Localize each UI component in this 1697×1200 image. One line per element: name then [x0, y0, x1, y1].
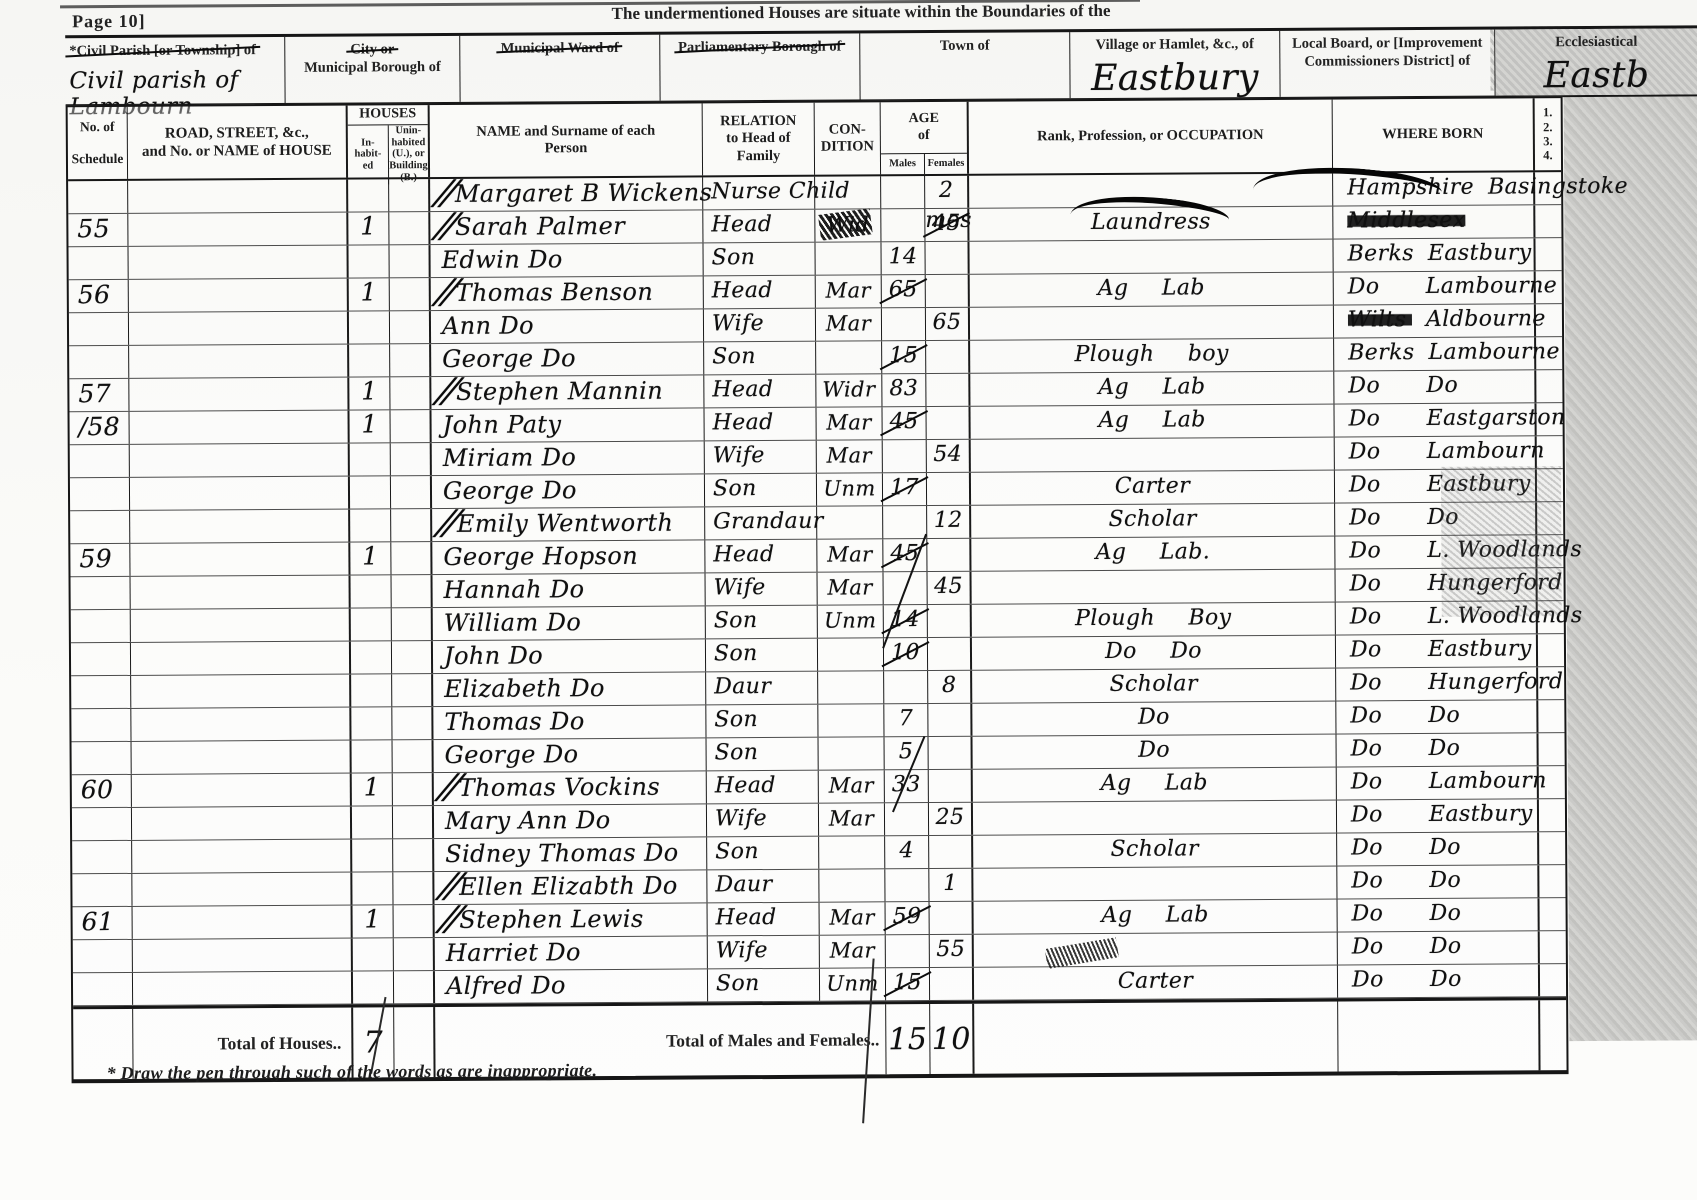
- road-street-cell: [131, 642, 351, 675]
- side-column-cell: [1535, 205, 1561, 237]
- born-county: Middlesex: [1347, 206, 1465, 237]
- road-street-cell: [130, 477, 350, 510]
- person-name: George Do: [442, 344, 576, 373]
- person-name-cell: //Thomas Vockins: [434, 771, 707, 805]
- relation-cell: Son: [708, 969, 820, 1002]
- condition-cell: Mar: [817, 572, 883, 604]
- age-males-cell: [883, 572, 927, 604]
- uninhabited-cell: [389, 212, 430, 244]
- boundary-label: City or Municipal Borough of: [285, 40, 459, 77]
- occupation-cell: Ag Lab: [970, 372, 1334, 406]
- born-county: Do: [1349, 569, 1413, 599]
- side-column-cell: [1540, 964, 1566, 996]
- relation-cell: Head: [703, 210, 815, 243]
- uninhabited-cell: [391, 509, 432, 541]
- age-females-cell: 45: [925, 209, 969, 241]
- age-males-cell: 65: [882, 275, 926, 307]
- header-males: Males: [881, 154, 924, 174]
- schedule-number-cell: [68, 181, 128, 213]
- header-schedule: No. of Schedule: [68, 107, 128, 179]
- schedule-number-cell: 55: [68, 214, 128, 246]
- occupation-cell: [973, 867, 1337, 901]
- road-street-cell: [131, 576, 351, 609]
- scan-shading-patch: [1441, 466, 1562, 617]
- person-name: Sidney Thomas Do: [445, 839, 679, 868]
- age-males-cell: [883, 506, 927, 538]
- table-header: No. of Schedule ROAD, STREET, &c., and N…: [68, 98, 1561, 181]
- header-relation: RELATION to Head of Family: [703, 103, 815, 176]
- header-occupation: Rank, Profession, or OCCUPATION: [969, 100, 1333, 174]
- side-column-cell: [1536, 271, 1562, 303]
- occupation-cell: Ag Lab: [973, 768, 1337, 802]
- person-name: William Do: [444, 608, 582, 637]
- side-column-cell: [1539, 832, 1565, 864]
- boundary-label-line: Parliamentary Borough of: [678, 38, 841, 57]
- inhabited-cell: 1: [349, 377, 390, 409]
- page-number-label: Page 10]: [72, 11, 146, 32]
- uninhabited-cell: [393, 773, 434, 805]
- born-county: Do: [1349, 503, 1413, 533]
- form-footnote: * Draw the pen through such of the words…: [106, 1060, 597, 1084]
- occupation-cell: Laundress: [969, 207, 1333, 241]
- person-name: John Paty: [443, 410, 562, 439]
- person-name-cell: Hannah Do: [433, 573, 706, 607]
- condition-cell: Mar: [819, 803, 885, 835]
- age-females-cell: [930, 968, 974, 1000]
- born-county: Do: [1351, 767, 1415, 797]
- where-born-cell: DoDo: [1336, 700, 1538, 733]
- side-column-cell: [1539, 865, 1565, 897]
- side-column-cell: [1538, 667, 1564, 699]
- occupation-cell: Scholar: [972, 669, 1336, 703]
- schedule-number-cell: [68, 247, 128, 279]
- age-females-cell: [930, 902, 974, 934]
- side-column-cell: [1538, 634, 1564, 666]
- schedule-number-cell: [70, 511, 130, 543]
- inhabited-cell: [350, 509, 391, 541]
- road-street-cell: [132, 873, 352, 906]
- occupation-cell: Carter: [971, 471, 1335, 505]
- header-houses-group: HOUSES In- habit- ed Unin- habited (U.),…: [348, 105, 430, 177]
- age-females-cell: [929, 770, 973, 802]
- side-column-cell: [1535, 172, 1561, 204]
- relation-cell: Daur: [706, 672, 818, 705]
- inhabited-cell: 1: [352, 773, 393, 805]
- age-males-cell: 15: [882, 341, 926, 373]
- condition-cell: Mar: [817, 539, 883, 571]
- scan-shading-right-strip: [1564, 88, 1697, 1041]
- person-name: Stephen Mannin: [456, 377, 663, 406]
- relation-cell: Wife: [707, 804, 819, 837]
- road-street-cell: [132, 840, 352, 873]
- condition-cell: Mar: [816, 308, 882, 340]
- relation-cell: Daur: [707, 870, 819, 903]
- side-column-cell: [1536, 403, 1562, 435]
- person-name: Thomas Vockins: [458, 773, 660, 802]
- person-name-cell: //Emily Wentworth: [432, 507, 705, 541]
- side-column-cell: [1537, 436, 1563, 468]
- condition-cell: Unm: [817, 473, 883, 505]
- age-females-cell: [927, 473, 971, 505]
- schedule-number-cell: [70, 478, 130, 510]
- person-name: Elizabeth Do: [444, 674, 605, 703]
- scan-tilt-wrapper: Page 10] The undermentioned Houses are s…: [0, 0, 1697, 1200]
- born-place: Do: [1429, 835, 1461, 860]
- uninhabited-cell: [392, 575, 433, 607]
- age-females-cell: [925, 242, 969, 274]
- totals-males-value: 15: [886, 1004, 930, 1074]
- age-males-cell: 59: [886, 902, 930, 934]
- boundary-cell: Ecclesiastical Eastb: [1495, 28, 1697, 95]
- schedule-number-cell: [69, 346, 129, 378]
- relation-cell: Head: [704, 408, 816, 441]
- born-county: Hampshire: [1347, 173, 1474, 204]
- occupation-cell: Ag Lab: [970, 405, 1334, 439]
- condition-cell: Unm: [818, 605, 884, 637]
- age-females-cell: [926, 374, 970, 406]
- uninhabited-cell: [391, 542, 432, 574]
- boundary-cell: Municipal Ward of: [460, 35, 660, 102]
- born-place: Eastbury: [1428, 636, 1532, 662]
- age-males-cell: [881, 176, 925, 208]
- person-name-cell: John Paty: [431, 408, 704, 442]
- born-county: Do: [1350, 602, 1414, 632]
- condition-cell: Mar: [817, 440, 883, 472]
- where-born-cell: DoDo: [1336, 733, 1538, 766]
- relation-cell: Wife: [708, 936, 820, 969]
- header-condition: CON- DITION: [815, 102, 881, 174]
- occupation-cell: Scholar: [973, 834, 1337, 868]
- born-county: Do: [1350, 734, 1414, 764]
- person-name: Alfred Do: [446, 971, 566, 1000]
- inhabited-cell: [352, 839, 393, 871]
- road-street-cell: [129, 312, 349, 345]
- boundary-label-line: Municipal Ward of: [501, 39, 619, 58]
- header-houses-subrow: In- habit- ed Unin- habited (U.), or Bui…: [348, 125, 428, 184]
- side-column-cell: [1536, 304, 1562, 336]
- age-females-cell: 45: [927, 572, 971, 604]
- person-name-cell: Harriet Do: [435, 936, 708, 970]
- age-females-cell: [928, 638, 972, 670]
- age-females-cell: 8: [928, 671, 972, 703]
- boundary-row: *Civil Parish [or Township] of Civil par…: [65, 25, 1697, 106]
- age-males-cell: 83: [882, 374, 926, 406]
- boundary-cell: Local Board, or [Improvement Commissione…: [1280, 30, 1495, 97]
- header-houses-title: HOUSES: [348, 105, 428, 125]
- inhabited-cell: [350, 443, 391, 475]
- born-county: Berks: [1347, 239, 1414, 269]
- inhabited-cell: [351, 641, 392, 673]
- relation-cell: Son: [707, 837, 819, 870]
- road-street-cell: [131, 708, 351, 741]
- condition-cell: [815, 176, 881, 208]
- person-name: George Hopson: [443, 542, 638, 571]
- relation-cell: Head: [708, 903, 820, 936]
- age-males-cell: [882, 308, 926, 340]
- header-age-subrow: Males Females: [881, 153, 967, 175]
- road-street-cell: [128, 213, 348, 246]
- born-place: Eastbury: [1429, 801, 1533, 827]
- relation-cell: Son: [705, 474, 817, 507]
- schedule-number-cell: [73, 973, 133, 1005]
- inhabited-cell: 1: [353, 905, 394, 937]
- born-county: Do: [1348, 272, 1412, 302]
- occupation-cell: [973, 801, 1337, 835]
- person-name: Ellen Elizabth Do: [459, 872, 678, 901]
- person-name-cell: George Do: [434, 738, 707, 772]
- header-where-born: WHERE BORN: [1333, 98, 1535, 171]
- uninhabited-cell: [394, 938, 435, 970]
- road-street-cell: [129, 345, 349, 378]
- where-born-cell: DoLambourn: [1337, 766, 1539, 799]
- condition-cell: [816, 341, 882, 373]
- uninhabited-cell: [392, 674, 433, 706]
- person-name-cell: George Do: [431, 342, 704, 376]
- born-place: Lambourn: [1427, 438, 1545, 464]
- condition-cell: Mar: [820, 902, 886, 934]
- person-name: Stephen Lewis: [459, 905, 643, 934]
- occupation-cell: Plough boy: [970, 339, 1334, 373]
- age-females-cell: 54: [927, 440, 971, 472]
- road-street-cell: [133, 972, 353, 1005]
- age-females-cell: [929, 836, 973, 868]
- person-name-cell: Elizabeth Do: [433, 672, 706, 706]
- relation-cell: Son: [706, 606, 818, 639]
- age-males-cell: 5: [885, 737, 929, 769]
- boundary-label: Ecclesiastical: [1495, 32, 1697, 51]
- road-street-cell: [128, 180, 348, 213]
- relation-cell: Head: [707, 771, 819, 804]
- side-column-cell: [1536, 370, 1562, 402]
- inhabited-cell: 1: [349, 278, 390, 310]
- inhabited-cell: [353, 938, 394, 970]
- age-males-cell: [881, 209, 925, 241]
- boundary-label-line: Ecclesiastical: [1555, 33, 1637, 52]
- condition-cell: [818, 704, 884, 736]
- schedule-number-cell: 57: [69, 379, 129, 411]
- totals-occupation-cell: [974, 1002, 1338, 1074]
- age-males-cell: 14: [884, 605, 928, 637]
- condition-cell: Wid: [815, 209, 881, 241]
- boundary-label: Town of: [860, 36, 1069, 55]
- inhabited-cell: [352, 872, 393, 904]
- where-born-cell: BerksEastbury: [1333, 238, 1535, 271]
- header-females: Females: [924, 154, 967, 174]
- born-county: Do: [1349, 536, 1413, 566]
- inhabited-cell: 1: [350, 542, 391, 574]
- born-county: Do: [1352, 899, 1416, 929]
- born-county: Do: [1351, 800, 1415, 830]
- where-born-cell: DoEastbury: [1337, 799, 1539, 832]
- road-street-cell: [130, 543, 350, 576]
- schedule-number-cell: 60: [72, 775, 132, 807]
- totals-born-cell: [1338, 1000, 1540, 1071]
- age-males-cell: 14: [881, 242, 925, 274]
- where-born-cell: DoDo: [1334, 370, 1536, 403]
- side-column-cell: [1535, 238, 1561, 270]
- where-born-cell: Middlesex: [1333, 205, 1535, 238]
- inhabited-cell: [350, 476, 391, 508]
- condition-cell: Mar: [819, 770, 885, 802]
- boundary-label-line: Town of: [940, 37, 990, 55]
- inhabited-cell: [348, 179, 389, 211]
- person-name: John Do: [444, 641, 543, 670]
- where-born-cell: WiltsAldbourne: [1334, 304, 1536, 337]
- schedule-number-cell: 61: [73, 907, 133, 939]
- inhabited-cell: 1: [349, 410, 390, 442]
- schedule-number-cell: [70, 445, 130, 477]
- occupation-cell: [971, 570, 1335, 604]
- uninhabited-cell: [389, 179, 430, 211]
- boundary-label-line: Local Board, or [Improvement: [1292, 34, 1482, 53]
- boundary-cell: Town of: [860, 32, 1070, 99]
- age-males-cell: [886, 935, 930, 967]
- occupation-cell: Do Do: [972, 636, 1336, 670]
- person-name: Thomas Benson: [455, 278, 653, 307]
- occupation-cell: [970, 306, 1334, 340]
- boundary-label: Municipal Ward of: [460, 39, 659, 58]
- boundary-label-line: *Civil Parish [or Township] of: [69, 41, 256, 60]
- boundary-label: *Civil Parish [or Township] of: [69, 41, 284, 60]
- where-born-cell: DoDo: [1338, 898, 1540, 931]
- totals-females-value: 10: [930, 1004, 974, 1074]
- age-males-cell: [884, 671, 928, 703]
- born-county: Wilts: [1348, 305, 1412, 335]
- relation-cell: Head: [704, 375, 816, 408]
- where-born-cell: BerksLambourne: [1334, 337, 1536, 370]
- occupation-cell: Ag Lab: [974, 900, 1338, 934]
- person-name: Emily Wentworth: [457, 509, 674, 538]
- boundary-handwritten-value: Eastb: [1495, 54, 1697, 96]
- born-place: Do: [1430, 901, 1462, 926]
- person-name-cell: //Ellen Elizabth Do: [434, 870, 707, 904]
- relation-cell: Head: [704, 276, 816, 309]
- person-name: George Do: [443, 476, 577, 505]
- where-born-cell: DoEastgarston: [1334, 403, 1536, 436]
- age-males-cell: [883, 440, 927, 472]
- where-born-cell: HampshireBasingstoke: [1333, 172, 1535, 205]
- uninhabited-cell: [393, 806, 434, 838]
- boundary-cell: City or Municipal Borough of: [285, 36, 460, 103]
- age-males-cell: [885, 869, 929, 901]
- relation-cell: Nurse Child: [703, 177, 815, 210]
- road-street-cell: [129, 279, 349, 312]
- boundary-label: Parliamentary Borough of: [660, 37, 859, 56]
- age-males-cell: 45: [883, 539, 927, 571]
- age-males-cell: 45: [882, 407, 926, 439]
- born-place: Do: [1430, 934, 1462, 959]
- occupation-cell: Do: [972, 702, 1336, 736]
- condition-cell: Mar: [816, 275, 882, 307]
- boundary-cell: Village or Hamlet, &c., of Eastbury: [1070, 31, 1280, 98]
- person-name: Miriam Do: [443, 443, 577, 472]
- born-county: Do: [1351, 866, 1415, 896]
- road-street-cell: [131, 675, 351, 708]
- header-name-surname: NAME and Surname of each Person: [430, 103, 703, 177]
- header-road-street: ROAD, STREET, &c., and No. or NAME of HO…: [128, 106, 348, 179]
- uninhabited-cell: [390, 344, 431, 376]
- born-place: Do: [1426, 373, 1458, 398]
- inhabited-cell: [351, 674, 392, 706]
- age-females-cell: [928, 704, 972, 736]
- condition-cell: Unm: [820, 968, 886, 1000]
- person-name-cell: George Do: [432, 474, 705, 508]
- header-age-group: AGE of Males Females: [881, 102, 969, 175]
- road-street-cell: [130, 510, 350, 543]
- uninhabited-cell: [391, 443, 432, 475]
- side-column-cell: [1538, 700, 1564, 732]
- uninhabited-cell: [394, 971, 435, 1003]
- schedule-number-cell: [73, 940, 133, 972]
- relation-cell: Wife: [705, 441, 817, 474]
- census-table: No. of Schedule ROAD, STREET, &c., and N…: [66, 96, 1569, 1083]
- occupation-cell: Ag Lab: [970, 273, 1334, 307]
- uninhabited-cell: [393, 872, 434, 904]
- schedule-number-cell: [72, 808, 132, 840]
- born-county: Berks: [1348, 338, 1415, 368]
- born-place: Do: [1429, 868, 1461, 893]
- person-name-cell: William Do: [433, 606, 706, 640]
- uninhabited-cell: [389, 245, 430, 277]
- side-column-cell: [1539, 898, 1565, 930]
- relation-cell: Son: [704, 342, 816, 375]
- occupation-cell: [969, 174, 1333, 208]
- road-street-cell: [132, 774, 352, 807]
- schedule-number-cell: [69, 313, 129, 345]
- person-name: Edwin Do: [441, 245, 562, 274]
- born-county: Do: [1352, 932, 1416, 962]
- age-males-cell: [885, 803, 929, 835]
- where-born-cell: DoHungerford: [1336, 667, 1538, 700]
- header-age-title: AGE of: [881, 102, 967, 154]
- person-name: Sarah Palmer: [455, 212, 625, 241]
- relation-cell: Son: [703, 243, 815, 276]
- condition-cell: [817, 506, 883, 538]
- occupation-cell: Scholar: [971, 504, 1335, 538]
- born-county: Do: [1352, 965, 1416, 995]
- age-females-cell: 55: [930, 935, 974, 967]
- age-males-cell: 33: [885, 770, 929, 802]
- uninhabited-cell: [391, 476, 432, 508]
- where-born-cell: DoDo: [1337, 865, 1539, 898]
- occupation-cell: [969, 240, 1333, 274]
- schedule-number-cell: [71, 676, 131, 708]
- person-name: Mary Ann Do: [445, 806, 611, 835]
- person-name: Hannah Do: [444, 575, 585, 604]
- condition-cell: [819, 869, 885, 901]
- where-born-cell: DoLambourne: [1334, 271, 1536, 304]
- born-county: Do: [1349, 470, 1413, 500]
- age-females-cell: [926, 341, 970, 373]
- inhabited-cell: [351, 608, 392, 640]
- age-females-cell: [926, 275, 970, 307]
- schedule-number-cell: 59: [70, 544, 130, 576]
- born-place: Do: [1428, 703, 1460, 728]
- condition-cell: Mar: [816, 407, 882, 439]
- person-name: Thomas Do: [444, 707, 584, 736]
- age-males-cell: 17: [883, 473, 927, 505]
- side-column-cell: [1536, 337, 1562, 369]
- occupation-cell: [971, 438, 1335, 472]
- relation-cell: Son: [707, 738, 819, 771]
- table-body: //Margaret B Wickens Nurse Child 2 mos H…: [68, 172, 1566, 1006]
- person-name-cell: Edwin Do: [430, 243, 703, 277]
- where-born-cell: DoDo: [1338, 964, 1540, 997]
- inhabited-cell: [351, 575, 392, 607]
- age-males-cell: 7: [884, 704, 928, 736]
- condition-cell: [818, 671, 884, 703]
- born-place: Do: [1429, 736, 1461, 761]
